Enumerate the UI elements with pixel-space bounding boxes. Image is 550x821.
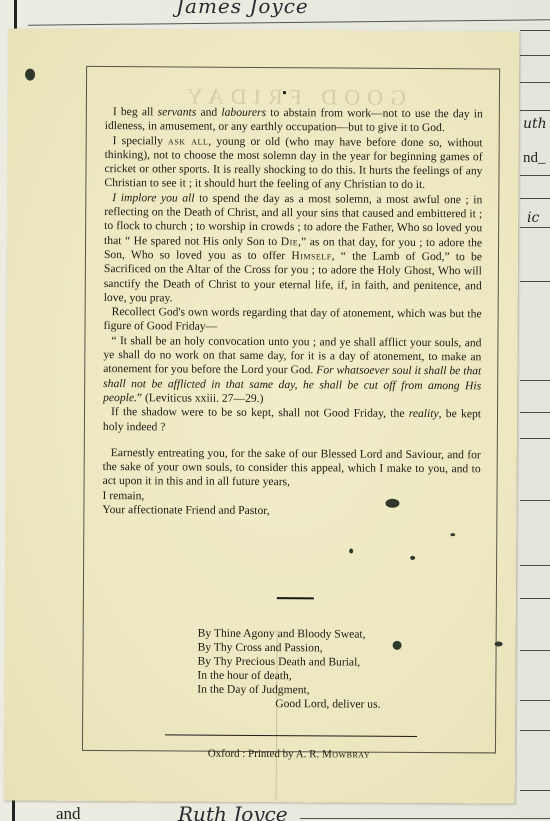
appeal-paragraph: Recollect God's own words regarding that… (103, 305, 481, 336)
ledger-rule (520, 790, 550, 791)
printed-border-frame: GOOD FRIDAY I beg all servants and labou… (82, 66, 500, 754)
ledger-rule (520, 730, 550, 731)
imprint-printer-name: Mowbray (322, 748, 370, 760)
short-separator-rule (277, 597, 314, 599)
text-run: ” (Leviticus xxiii. 27—29.) (137, 391, 264, 405)
ledger-rule (520, 198, 550, 199)
ledger-edge-fragment: nd_ (523, 150, 546, 167)
ledger-rule (520, 30, 550, 31)
text-run: I beg all (113, 105, 158, 118)
text-run: Recollect God's own words regarding that… (104, 305, 482, 333)
appeal-paragraph: I specially ask all, young or old (who m… (104, 134, 482, 193)
long-separator-rule (165, 734, 417, 737)
ledger-rule (520, 412, 550, 413)
appeal-paragraph: If the shadow were to be so kept, shall … (103, 405, 481, 436)
signature-line: Your affectionate Friend and Pastor, (102, 503, 480, 520)
ledger-margin-bar-bottom (12, 800, 15, 821)
ink-blot (393, 641, 402, 650)
ink-blot (349, 549, 353, 554)
ledger-margin-bar (14, 0, 17, 30)
ledger-rule (520, 500, 550, 501)
printer-imprint: Oxford : Printed by A. R. Mowbray (83, 747, 495, 762)
ink-blot (25, 69, 35, 81)
ink-blot (410, 556, 415, 560)
ledger-rule (520, 380, 550, 381)
small-caps-run: ask all (168, 134, 208, 147)
handwritten-name-top: James Joyce (176, 0, 309, 18)
ledger-rule (28, 19, 550, 25)
ledger-rule (520, 175, 550, 176)
ledger-rule (520, 82, 550, 83)
ledger-rule (520, 281, 550, 282)
ledger-rule (520, 438, 550, 439)
closing-paragraph: Earnestly entreating you, for the sake o… (103, 446, 481, 491)
appeal-paragraph: I implore you all to spend the day as a … (104, 191, 483, 308)
ledger-rule (520, 55, 550, 56)
appeal-paragraph: “ It shall be an holy convocation unto y… (103, 334, 481, 408)
ledger-rule (520, 110, 550, 111)
ledger-edge-fragment: ic (527, 210, 539, 226)
litany-response: Good Lord, deliver us. (197, 697, 380, 712)
small-caps-run: Die (281, 235, 299, 248)
litany-line: By Thy Cross and Passion, (198, 641, 381, 656)
ledger-rule (520, 565, 550, 566)
ledger-word-and: and (56, 804, 81, 821)
small-caps-run: Himself (291, 249, 331, 262)
ledger-rule (520, 700, 550, 701)
litany-verse: By Thine Agony and Bloody Sweat, By Thy … (197, 627, 381, 712)
litany-line: In the Day of Judgment, (197, 683, 380, 698)
italic-run: I implore you all (112, 191, 194, 205)
ledger-rule (520, 650, 550, 651)
litany-line: In the hour of death, (197, 669, 380, 684)
good-friday-leaflet: GOOD FRIDAY I beg all servants and labou… (4, 28, 520, 803)
italic-run: labourers (221, 106, 266, 119)
ledger-rule (520, 227, 550, 228)
ink-blot (495, 641, 503, 646)
italic-run: servants (158, 105, 197, 118)
appeal-paragraph: I beg all servants and labourers to abst… (105, 105, 483, 136)
ledger-rule-bottom (300, 818, 550, 819)
imprint-prefix: Oxford : Printed by A. R. (208, 748, 322, 761)
text-run: If the shadow were to be so kept, shall … (111, 405, 409, 420)
appeal-text: I beg all servants and labourers to abst… (102, 105, 483, 520)
appeal-paragraphs: I beg all servants and labourers to abst… (103, 105, 483, 436)
handwritten-name-bottom: Ruth Joyce (178, 802, 288, 821)
italic-run: reality (409, 407, 439, 420)
ledger-rule (520, 598, 550, 599)
ink-blot (450, 533, 455, 536)
print-mark (283, 91, 286, 94)
text-run: I specially (113, 134, 168, 147)
litany-line: By Thine Agony and Bloody Sweat, (198, 627, 381, 642)
ink-blot (385, 499, 399, 508)
ledger-edge-fragment: uth (523, 116, 547, 132)
litany-line: By Thy Precious Death and Burial, (197, 655, 380, 670)
text-run: and (196, 106, 221, 119)
